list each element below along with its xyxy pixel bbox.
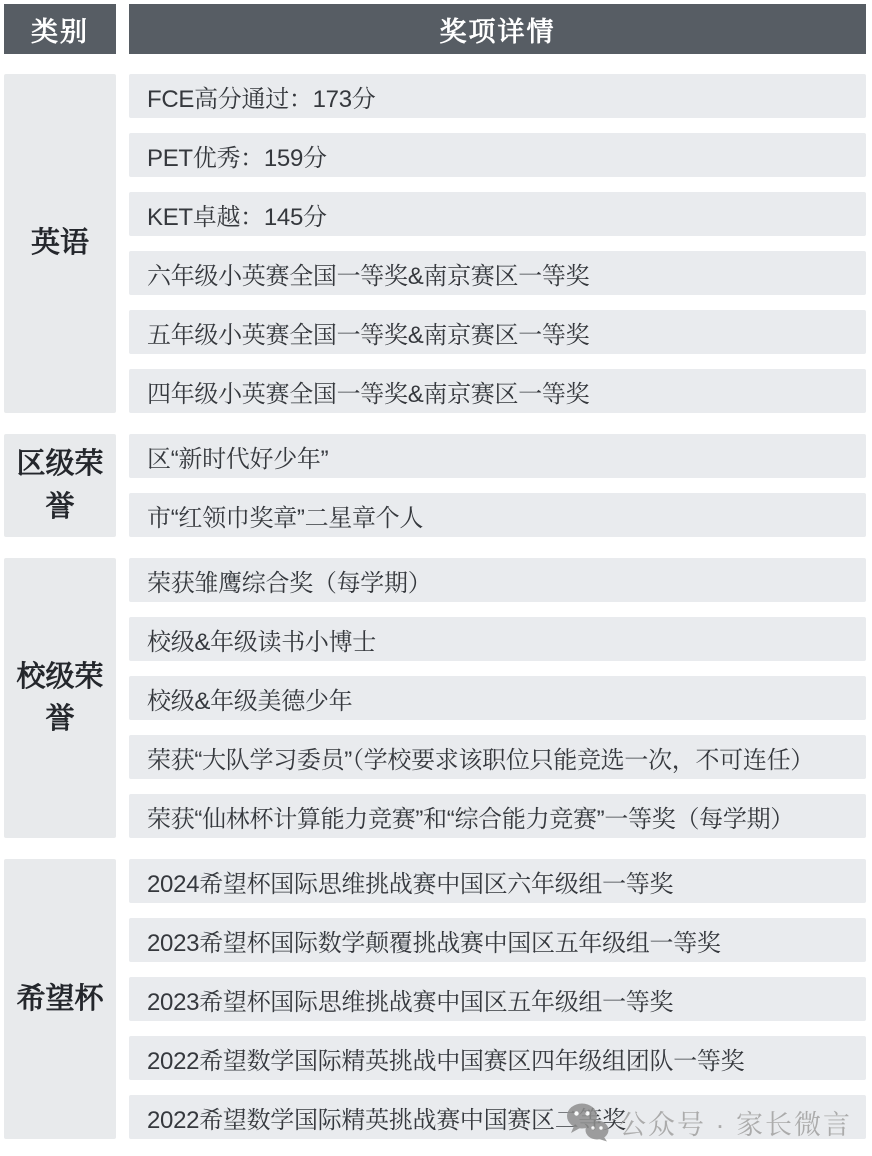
category-cell: 希望杯	[4, 859, 116, 1139]
award-row: FCE高分通过：173分	[129, 74, 866, 118]
award-row: PET优秀：159分	[129, 133, 866, 177]
category-cell: 英语	[4, 74, 116, 413]
award-row: 荣获雏鹰综合奖（每学期）	[129, 558, 866, 602]
table-section-3: 希望杯2024希望杯国际思维挑战赛中国区六年级组一等奖2023希望杯国际数学颠覆…	[4, 859, 866, 1139]
award-row: 2024希望杯国际思维挑战赛中国区六年级组一等奖	[129, 859, 866, 903]
table-section-2: 校级荣誉荣获雏鹰综合奖（每学期）校级&年级读书小博士校级&年级美德少年荣获“大队…	[4, 558, 866, 838]
award-row: 2022希望数学国际精英挑战赛中国赛区二等奖	[129, 1095, 866, 1139]
column-header-details: 奖项详情	[129, 4, 866, 54]
award-row: 四年级小英赛全国一等奖&南京赛区一等奖	[129, 369, 866, 413]
table-body: 英语FCE高分通过：173分PET优秀：159分KET卓越：145分六年级小英赛…	[4, 74, 866, 1139]
award-row: 校级&年级美德少年	[129, 676, 866, 720]
award-row: 荣获“大队学习委员”（学校要求该职位只能竞选一次，不可连任）	[129, 735, 866, 779]
award-row: 2022希望数学国际精英挑战中国赛区四年级组团队一等奖	[129, 1036, 866, 1080]
category-cell: 区级荣誉	[4, 434, 116, 537]
award-row: 区“新时代好少年”	[129, 434, 866, 478]
table-header-row: 类别 奖项详情	[4, 4, 866, 54]
award-row: 市“红领巾奖章”二星章个人	[129, 493, 866, 537]
section-rows: 区“新时代好少年”市“红领巾奖章”二星章个人	[129, 434, 866, 537]
column-header-category: 类别	[4, 4, 116, 54]
awards-table-page: 类别 奖项详情 英语FCE高分通过：173分PET优秀：159分KET卓越：14…	[0, 0, 872, 1156]
section-rows: 2024希望杯国际思维挑战赛中国区六年级组一等奖2023希望杯国际数学颠覆挑战赛…	[129, 859, 866, 1139]
award-row: 六年级小英赛全国一等奖&南京赛区一等奖	[129, 251, 866, 295]
table-section-0: 英语FCE高分通过：173分PET优秀：159分KET卓越：145分六年级小英赛…	[4, 74, 866, 413]
award-row: 2023希望杯国际思维挑战赛中国区五年级组一等奖	[129, 977, 866, 1021]
section-rows: FCE高分通过：173分PET优秀：159分KET卓越：145分六年级小英赛全国…	[129, 74, 866, 413]
section-rows: 荣获雏鹰综合奖（每学期）校级&年级读书小博士校级&年级美德少年荣获“大队学习委员…	[129, 558, 866, 838]
table-section-1: 区级荣誉区“新时代好少年”市“红领巾奖章”二星章个人	[4, 434, 866, 537]
category-cell: 校级荣誉	[4, 558, 116, 838]
award-row: 校级&年级读书小博士	[129, 617, 866, 661]
award-row: KET卓越：145分	[129, 192, 866, 236]
award-row: 五年级小英赛全国一等奖&南京赛区一等奖	[129, 310, 866, 354]
award-row: 荣获“仙林杯计算能力竞赛”和“综合能力竞赛”一等奖（每学期）	[129, 794, 866, 838]
award-row: 2023希望杯国际数学颠覆挑战赛中国区五年级组一等奖	[129, 918, 866, 962]
